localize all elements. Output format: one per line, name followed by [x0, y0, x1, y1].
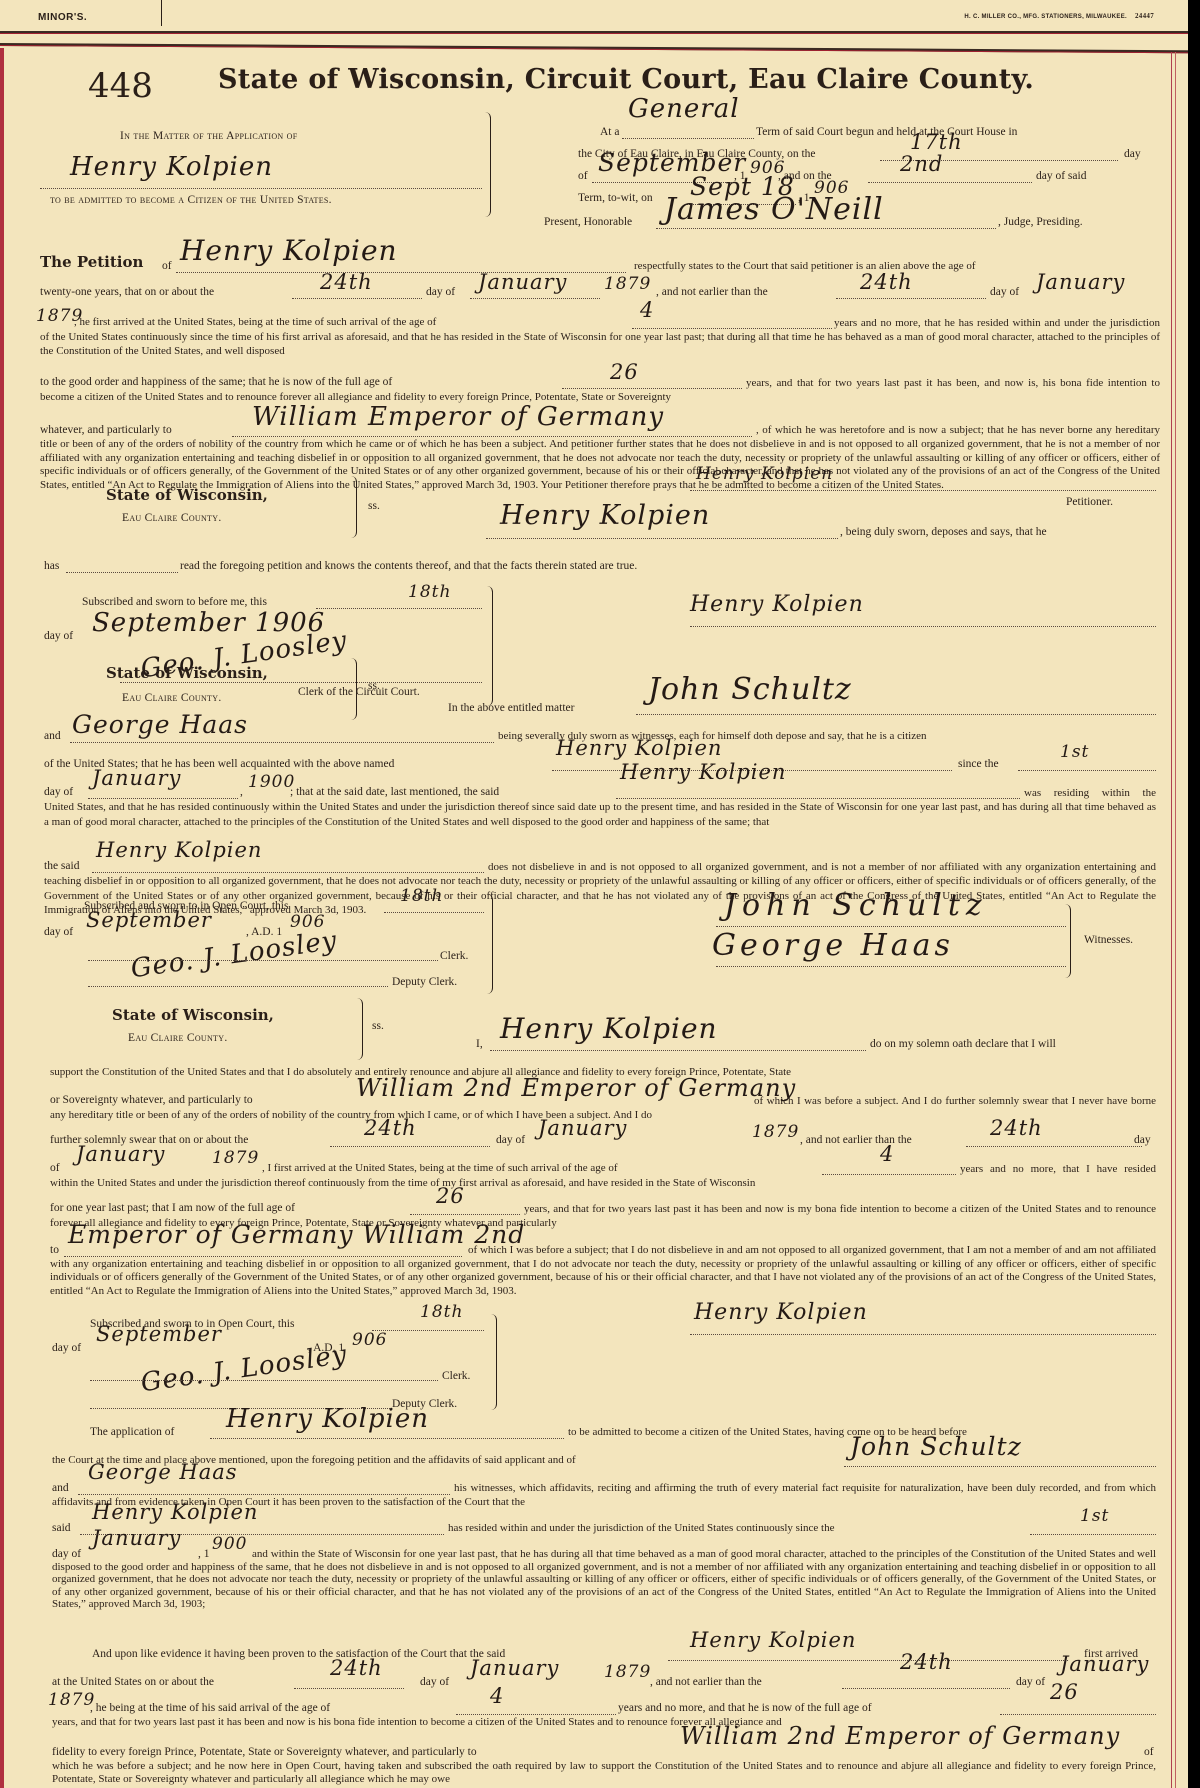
witness2-signature-line	[716, 966, 1066, 967]
manufacturer-imprint: H. C. MILLER CO., MFG. STATIONERS, MILWA…	[964, 12, 1154, 20]
verification-read-text: read the foregoing petition and knows th…	[180, 560, 637, 573]
order-ne-day-handwritten: 24th	[900, 1650, 953, 1674]
order-since-month-handwritten: January	[92, 1526, 181, 1550]
oath-county: Eau Claire County.	[128, 1032, 228, 1045]
witness1-signature-line	[716, 926, 1066, 927]
term-day-handwritten: 17th	[910, 130, 963, 154]
term-present: Present, Honorable	[544, 216, 632, 229]
term-type-line	[622, 138, 754, 139]
oath-ne-day-handwritten: 24th	[990, 1116, 1043, 1140]
oath-ne-day-label: day	[1134, 1134, 1151, 1147]
oath-name-line	[490, 1050, 866, 1051]
oath-jurat-bracket	[490, 1314, 497, 1410]
oath-arr-day-line	[330, 1146, 490, 1147]
petition-body1: years and no more, that he has resided w…	[40, 316, 1160, 359]
manufacturer-name: H. C. MILLER CO., MFG. STATIONERS, MILWA…	[964, 14, 1127, 20]
order-since-day-handwritten: 1st	[1080, 1506, 1109, 1526]
order-no-more: years and no more, and that he is now of…	[618, 1702, 872, 1715]
verification-has: has	[44, 560, 59, 573]
petitioner-label: Petitioner.	[1066, 496, 1113, 509]
verification-bracket	[350, 476, 357, 538]
order-sovereign-handwritten: William 2nd Emperor of Germany	[680, 1722, 1120, 1750]
witness-deputy-label: Deputy Clerk.	[392, 976, 457, 989]
verification-affiant-line	[486, 538, 838, 539]
order-ne-year-handwritten: 1879	[48, 1690, 95, 1710]
term-day-of-term-handwritten: 2nd	[900, 152, 943, 176]
petition-not-earlier: , and not earlier than the	[656, 286, 768, 299]
oath-arr-month-handwritten: January	[538, 1116, 627, 1140]
petitioner-signature-handwritten: Henry Kolpien	[696, 464, 833, 484]
verification-county: Eau Claire County.	[122, 512, 222, 525]
order-witness2-handwritten: George Haas	[88, 1460, 238, 1484]
oath-arr-day-handwritten: 24th	[364, 1116, 417, 1140]
petitioner-signature-line	[690, 490, 1156, 491]
order-ne-day-of: day of	[1016, 1676, 1045, 1689]
order-body1: and within the State of Wisconsin for on…	[52, 1548, 1156, 1611]
witness-clerk-line	[88, 960, 438, 961]
verification-affiant-signature-handwritten: Henry Kolpien	[690, 592, 864, 617]
form-number: 24447	[1135, 12, 1154, 20]
witness1-line	[636, 714, 1156, 715]
order-age-now-handwritten: 26	[1050, 1680, 1079, 1704]
oath-name-handwritten: Henry Kolpien	[500, 1012, 718, 1045]
order-fidelity: fidelity to every foreign Prince, Potent…	[52, 1746, 477, 1759]
oath-clerk-label: Clerk.	[442, 1370, 470, 1383]
oath-clerk-signature-handwritten: Geo. J. Loosley	[139, 1340, 349, 1399]
oath-signature-line	[690, 1334, 1156, 1335]
verification-sub-day-handwritten: 18th	[408, 582, 451, 602]
oath-bracket	[356, 998, 363, 1060]
order-upon-like: And upon like evidence it having been pr…	[92, 1648, 505, 1661]
order-application-of: The application of	[90, 1426, 174, 1439]
oath-sub-day-line	[372, 1330, 484, 1331]
witness1-signature-handwritten: John Schultz	[724, 888, 988, 923]
top-strip: MINOR'S. H. C. MILLER CO., MFG. STATIONE…	[0, 0, 1200, 32]
witness2-line	[70, 742, 494, 743]
document-number: 448	[88, 66, 153, 106]
verification-clerk-title: Clerk of the Circuit Court.	[298, 686, 420, 699]
order-arr-day-handwritten: 24th	[330, 1656, 383, 1680]
term-of: of	[578, 170, 588, 183]
witness-sub-day-of: day of	[44, 926, 73, 939]
order-body2: years, and that for two years last past …	[52, 1716, 782, 1729]
verification-affiant-handwritten: Henry Kolpien	[500, 500, 710, 531]
order-not-earlier: , and not earlier than the	[650, 1676, 762, 1689]
witness-said-name-handwritten: Henry Kolpien	[96, 838, 262, 862]
witness-clerk-label: Clerk.	[440, 950, 468, 963]
order-upon-name-handwritten: Henry Kolpien	[690, 1628, 856, 1652]
witness-sub-day-handwritten: 18th	[400, 886, 443, 906]
petition-line1: respectfully states to the Court that sa…	[634, 260, 976, 273]
order-said: said	[52, 1522, 71, 1535]
term-judge-presiding: , Judge, Presiding.	[998, 216, 1083, 229]
caption-bracket	[484, 112, 491, 217]
right-margin-line	[1171, 52, 1172, 1788]
caption-matter-of: In the Matter of the Application of	[120, 130, 297, 143]
petition-arrival-month-line	[470, 298, 600, 299]
oath-body1: years and no more, that I have resided w…	[50, 1162, 1156, 1190]
verification-clerk-line	[120, 682, 482, 683]
order-of: of	[1144, 1746, 1154, 1759]
witnesses-label: Witnesses.	[1084, 934, 1133, 947]
oath-not-earlier: , and not earlier than the	[800, 1134, 912, 1147]
petition-ne-day-of: day of	[990, 286, 1019, 299]
oath-state: State of Wisconsin,	[112, 1006, 274, 1024]
oath-declare: do on my solemn oath declare that I will	[870, 1038, 1056, 1051]
oath-sub-month-handwritten: September	[96, 1322, 222, 1346]
witness-clerk-signature-handwritten: Geo. J. Loosley	[129, 926, 339, 985]
oath-day-of: day of	[496, 1134, 525, 1147]
order-said-name-handwritten: Henry Kolpien	[92, 1500, 258, 1524]
witness-residing-name-handwritten: Henry Kolpien	[620, 760, 786, 784]
second-rule	[0, 43, 1200, 53]
petition-arrival-day-line	[292, 298, 422, 299]
witness-and: and	[44, 730, 61, 743]
witness-since-the: since the	[958, 758, 999, 771]
witness-state: State of Wisconsin,	[106, 664, 268, 682]
order-ne-day-line	[842, 1688, 1010, 1689]
witness-sub-month-handwritten: September	[86, 908, 212, 932]
witness-since-day-line	[1018, 770, 1156, 771]
term-day-label: day	[1124, 148, 1141, 161]
petition-arrival-day-handwritten: 24th	[320, 270, 373, 294]
term-line1: Term of said Court begun and held at the…	[756, 126, 1017, 139]
term-day-of-term-line	[868, 182, 1032, 183]
oath-i: I,	[476, 1038, 483, 1051]
order-being-age: , he being at the time of his said arriv…	[90, 1702, 330, 1715]
petition-arrival-pre: twenty-one years, that on or about the	[40, 286, 214, 299]
order-upon-name-line	[668, 1660, 1068, 1661]
petition-label: The Petition	[40, 256, 143, 269]
witness-since-day-handwritten: 1st	[1060, 742, 1089, 762]
right-margin-line-2	[1175, 52, 1176, 1788]
page-title: State of Wisconsin, Circuit Court, Eau C…	[218, 64, 1034, 95]
oath-sub-year-handwritten: 906	[352, 1330, 387, 1350]
oath-clerk-line	[90, 1380, 438, 1381]
witness-bracket	[350, 658, 357, 720]
witness-county: Eau Claire County.	[122, 692, 222, 705]
verification-jurat-bracket	[486, 586, 493, 706]
petition-arrival-month-handwritten: January	[478, 270, 567, 294]
witness1-handwritten: John Schultz	[648, 672, 852, 707]
verification-affiant-signature-line	[690, 626, 1156, 627]
order-applicant-handwritten: Henry Kolpien	[226, 1404, 429, 1434]
verification-state: State of Wisconsin,	[106, 486, 268, 504]
order-arr-month-handwritten: January	[470, 1656, 559, 1680]
naturalization-record-page: MINOR'S. H. C. MILLER CO., MFG. STATIONE…	[0, 0, 1200, 1788]
petition-arrival-year-handwritten: 1879	[604, 274, 651, 294]
order-applicant-line	[210, 1438, 564, 1439]
top-rule	[0, 31, 1200, 34]
order-arr-year-handwritten: 1879	[604, 1662, 651, 1682]
order-age-arrival-line	[456, 1714, 616, 1715]
caption-applicant-line	[40, 188, 482, 189]
order-resided: has resided within and under the jurisdi…	[448, 1522, 834, 1535]
petition-body2: years, and that for two years last past …	[40, 376, 1160, 404]
order-witness1-line	[844, 1466, 1156, 1467]
oath-ss: ss.	[372, 1020, 384, 1033]
petition-ne-day-line	[836, 298, 986, 299]
witness-residing-rest: was residing within the United States, a…	[44, 786, 1156, 829]
witness-deputy-line	[88, 986, 388, 987]
petition-body3: , of which he was heretofore and is now …	[40, 424, 1160, 493]
order-arr-day-line	[294, 1688, 404, 1689]
order-ne-month-handwritten: January	[1060, 1652, 1149, 1676]
term-type-handwritten: General	[628, 94, 740, 124]
left-margin-line	[0, 48, 4, 1788]
witness-jurat-bracket	[486, 894, 493, 994]
order-age-arrival-handwritten: 4	[490, 1684, 504, 1708]
witness2-handwritten: George Haas	[72, 710, 248, 739]
verification-has-line	[66, 572, 178, 573]
petition-name-handwritten: Henry Kolpien	[180, 234, 398, 267]
oath-arr-year-handwritten: 1879	[752, 1122, 799, 1142]
caption-admitted-text: to be admitted to become a Citizen of th…	[50, 194, 332, 207]
witnesses-bracket	[1064, 904, 1071, 978]
oath-signature-handwritten: Henry Kolpien	[694, 1300, 868, 1325]
petition-ne-day-handwritten: 24th	[860, 270, 913, 294]
term-judge-line	[656, 228, 996, 229]
verification-sworn-text: , being duly sworn, deposes and says, th…	[840, 526, 1047, 539]
order-arr-day-of: day of	[420, 1676, 449, 1689]
caption-applicant-handwritten: Henry Kolpien	[70, 152, 273, 182]
petition-ne-month-handwritten: January	[1036, 270, 1125, 294]
oath-body3: of which I was before a subject; that I …	[50, 1244, 1156, 1298]
order-witness1-handwritten: John Schultz	[850, 1432, 1022, 1461]
scan-edge	[1188, 0, 1200, 1788]
term-judge-handwritten: James O'Neill	[664, 192, 884, 227]
term-at-a: At a	[600, 126, 619, 139]
petition-of: of	[162, 260, 172, 273]
verification-sub-day-line	[316, 608, 482, 609]
top-divider	[161, 0, 162, 26]
order-age-now-line	[1000, 1714, 1156, 1715]
oath-sub-day-handwritten: 18th	[420, 1302, 463, 1322]
witness-sub-day-line	[384, 912, 484, 913]
order-at-us: at the United States on or about the	[52, 1676, 214, 1689]
verification-day-of: day of	[44, 630, 73, 643]
witness2-signature-handwritten: George Haas	[712, 928, 954, 963]
verification-ss: ss.	[368, 500, 380, 513]
witness-intro: In the above entitled matter	[448, 702, 574, 715]
order-since-day-line	[1030, 1534, 1156, 1535]
petition-day-of: day of	[426, 286, 455, 299]
term-to-wit: Term, to-wit, on	[578, 192, 653, 205]
oath-sub-day-of-label: day of	[52, 1342, 81, 1355]
term-day-of-said: day of said	[1036, 170, 1086, 183]
form-type-label: MINOR'S.	[38, 12, 87, 23]
order-body3: which he was before a subject; and he no…	[52, 1760, 1156, 1786]
witness-ss: ss.	[368, 680, 380, 693]
witness-acq-name-handwritten: Henry Kolpien	[556, 736, 722, 760]
oath-ne-day-line	[966, 1146, 1142, 1147]
